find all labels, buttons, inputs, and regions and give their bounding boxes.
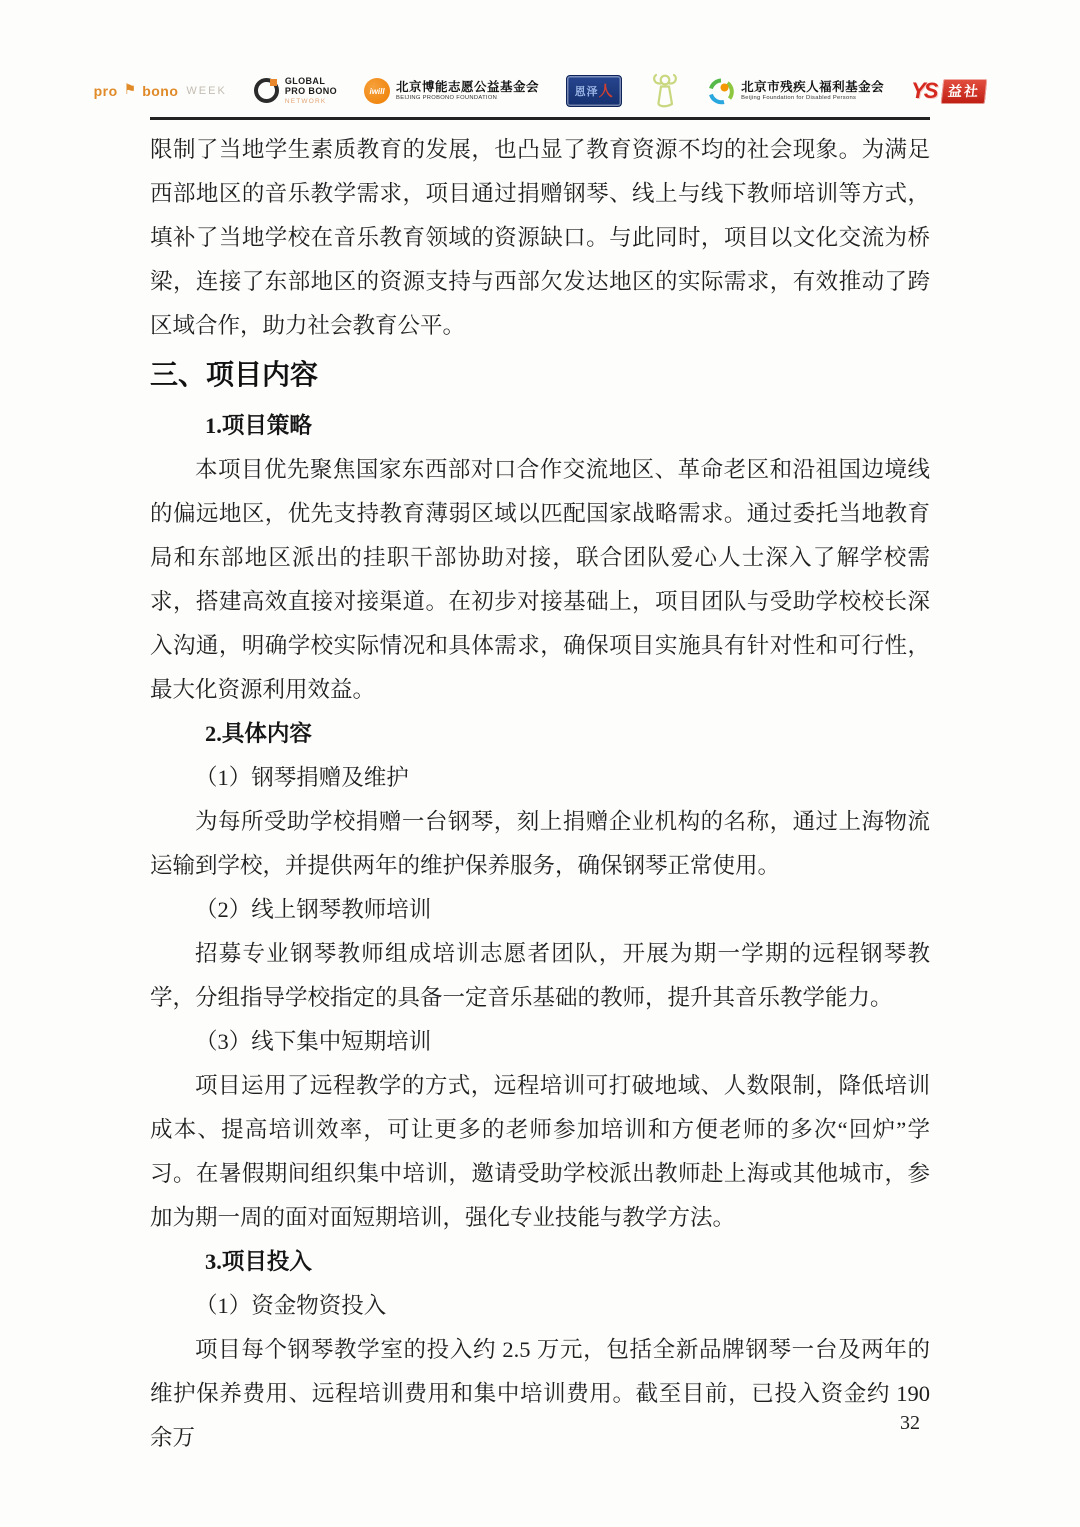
subheading-funding-materials: （1）资金物资投入 [195,1284,930,1328]
global-pro-bono-text: GLOBAL PRO BONO NETWORK [285,77,337,104]
section-title: 三、项目内容 [150,352,930,398]
paragraph-offline-training: 项目运用了远程教学的方式，远程培训可打破地域、人数限制，降低培训成本、提高培训效… [150,1064,930,1240]
page-header: pro ⚑ bono WEEK GLOBAL PRO BONO NETWORK … [150,70,930,120]
enzeren-text-2: 人 [599,81,614,101]
logo-pro-bono-week: pro ⚑ bono WEEK [94,83,227,99]
paragraph-funding-materials: 项目每个钢琴教学室的投入约 2.5 万元，包括全新品牌钢琴一台及两年的维护保养费… [150,1328,930,1460]
paragraph-piano-donation: 为每所受助学校捐赠一台钢琴，刻上捐赠企业机构的名称，通过上海物流运输到学校，并提… [150,800,930,888]
page-body: 限制了当地学生素质教育的发展，也凸显了教育资源不均的社会现象。为满足西部地区的音… [150,128,930,1460]
heading-specific-content: 2.具体内容 [205,712,930,756]
logo-enzeren: 恩泽 人 [566,75,622,107]
beijing-probono-en: BEIJING PROBONO FOUNDATION [396,95,539,102]
pro-bono-week-week-text: WEEK [186,85,226,97]
beijing-probono-text: 北京博能志愿公益基金会 BEIJING PROBONO FOUNDATION [396,80,539,102]
beijing-probono-cn: 北京博能志愿公益基金会 [396,80,539,94]
pro-bono-week-bono-text: bono [142,83,178,99]
logo-beijing-probono-foundation: iwill 北京博能志愿公益基金会 BEIJING PROBONO FOUNDA… [364,78,539,104]
subheading-piano-donation: （1）钢琴捐赠及维护 [195,756,930,800]
heading-project-investment: 3.项目投入 [205,1240,930,1284]
logo-row: pro ⚑ bono WEEK GLOBAL PRO BONO NETWORK … [150,70,930,112]
subheading-offline-training: （3）线下集中短期培训 [195,1020,930,1064]
bfdp-cn: 北京市残疾人福利基金会 [741,80,884,94]
paragraph-online-training: 招募专业钢琴教师组成培训志愿者团队，开展为期一学期的远程钢琴教学，分组指导学校指… [150,932,930,1020]
bfdp-en: Beijing Foundation for Disabled Persons [741,95,884,102]
iwill-badge-icon: iwill [364,78,390,104]
document-page: pro ⚑ bono WEEK GLOBAL PRO BONO NETWORK … [0,0,1080,1527]
enzeren-badge-icon: 恩泽 人 [566,75,622,107]
green-figure-icon [649,73,681,109]
gpbn-line3: NETWORK [285,98,337,105]
flag-icon: ⚑ [124,82,137,96]
bfdp-text: 北京市残疾人福利基金会 Beijing Foundation for Disab… [741,80,884,102]
heading-project-strategy: 1.项目策略 [205,404,930,448]
enzeren-text-1: 恩泽 [575,83,599,99]
yishe-badge: 益社 [941,79,988,104]
ring-notch-icon [270,79,277,86]
logo-ys-yishe: YS 益社 [911,78,986,104]
logo-beijing-foundation-disabled-persons: 北京市残疾人福利基金会 Beijing Foundation for Disab… [708,78,884,105]
ring-icon [254,78,279,103]
logo-volunteer-figure [649,73,681,109]
header-divider [150,117,930,120]
logo-global-pro-bono-network: GLOBAL PRO BONO NETWORK [254,77,337,104]
gpbn-line2: PRO BONO [285,87,337,97]
circle-swirl-icon [708,78,735,105]
pro-bono-week-pro-text: pro [94,83,118,99]
paragraph-project-strategy: 本项目优先聚焦国家东西部对口合作交流地区、革命老区和沿祖国边境线的偏远地区，优先… [150,448,930,712]
ys-mark-icon: YS [911,78,936,104]
paragraph-intro: 限制了当地学生素质教育的发展，也凸显了教育资源不均的社会现象。为满足西部地区的音… [150,128,930,348]
subheading-online-training: （2）线上钢琴教师培训 [195,888,930,932]
page-number: 32 [900,1412,920,1435]
